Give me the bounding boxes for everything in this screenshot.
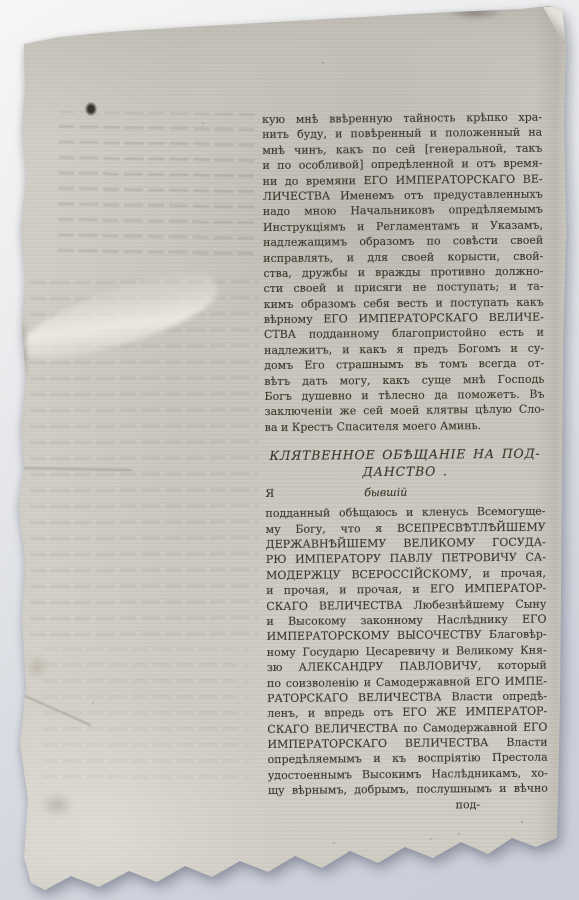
- oath-salutation-line: Я бывшій: [265, 484, 545, 502]
- paper-edge-smudge: [14, 316, 29, 388]
- paper-foxing-dots: [0, 0, 2, 2]
- document-page-shadow: кую мнѣ ввѣренную тайность крѣпко хра-ни…: [0, 0, 579, 900]
- salutation-gap: [450, 484, 545, 501]
- paper-top-smudge: [446, 6, 504, 19]
- allegiance-oath-paragraph: подданный обѣщаюсь и кленусь Всемогуще-м…: [265, 504, 548, 799]
- bleedthrough-text-upper: [57, 111, 257, 259]
- salutation-pronoun: Я: [265, 486, 321, 502]
- paper-edge-smudge: [13, 552, 24, 600]
- section-heading: КЛЯТВЕННОЕ ОБѢЩАНІЕ НА ПОД- ДАНСТВО .: [265, 446, 545, 481]
- paper-hole-stain: [85, 102, 97, 116]
- text-line: зю АЛЕКСАНДРУ ПАВЛОВИЧУ, который: [267, 658, 547, 676]
- paper-foxing-stain: [26, 655, 48, 679]
- text-line: щу вѣрнымъ, добрымъ, послушнымъ и вѣчно: [268, 781, 548, 799]
- text-line: и прочая, и прочая, и ЕГО ИМПЕРАТОР-: [266, 581, 546, 599]
- catchword: под-: [268, 796, 548, 814]
- section-heading-line: КЛЯТВЕННОЕ ОБѢЩАНІЕ НА ПОД-: [265, 446, 545, 465]
- document-page: кую мнѣ ввѣренную тайность крѣпко хра-ни…: [0, 0, 579, 900]
- text-line: и по особливой] опредѣленной и отъ время…: [262, 156, 542, 174]
- page-text-column: кую мнѣ ввѣренную тайность крѣпко хра-ни…: [262, 110, 548, 814]
- paper-bottom-smudge: [40, 792, 74, 818]
- oath-ending-paragraph: кую мнѣ ввѣренную тайность крѣпко хра-ни…: [262, 110, 545, 436]
- paper-corner-fold: [543, 7, 568, 51]
- salutation-word: бывшій: [321, 485, 450, 502]
- text-line: ва и Крестъ Спасителя моего Аминь.: [265, 417, 545, 435]
- photo-background: кую мнѣ ввѣренную тайность крѣпко хра-ни…: [0, 0, 579, 900]
- text-line: заключеніи же сей моей клятвы цѣлую Сло-: [265, 402, 545, 420]
- section-heading-line: ДАНСТВО .: [265, 462, 545, 481]
- text-line: надлежащимъ образомъ по совѣсти своей: [263, 233, 543, 251]
